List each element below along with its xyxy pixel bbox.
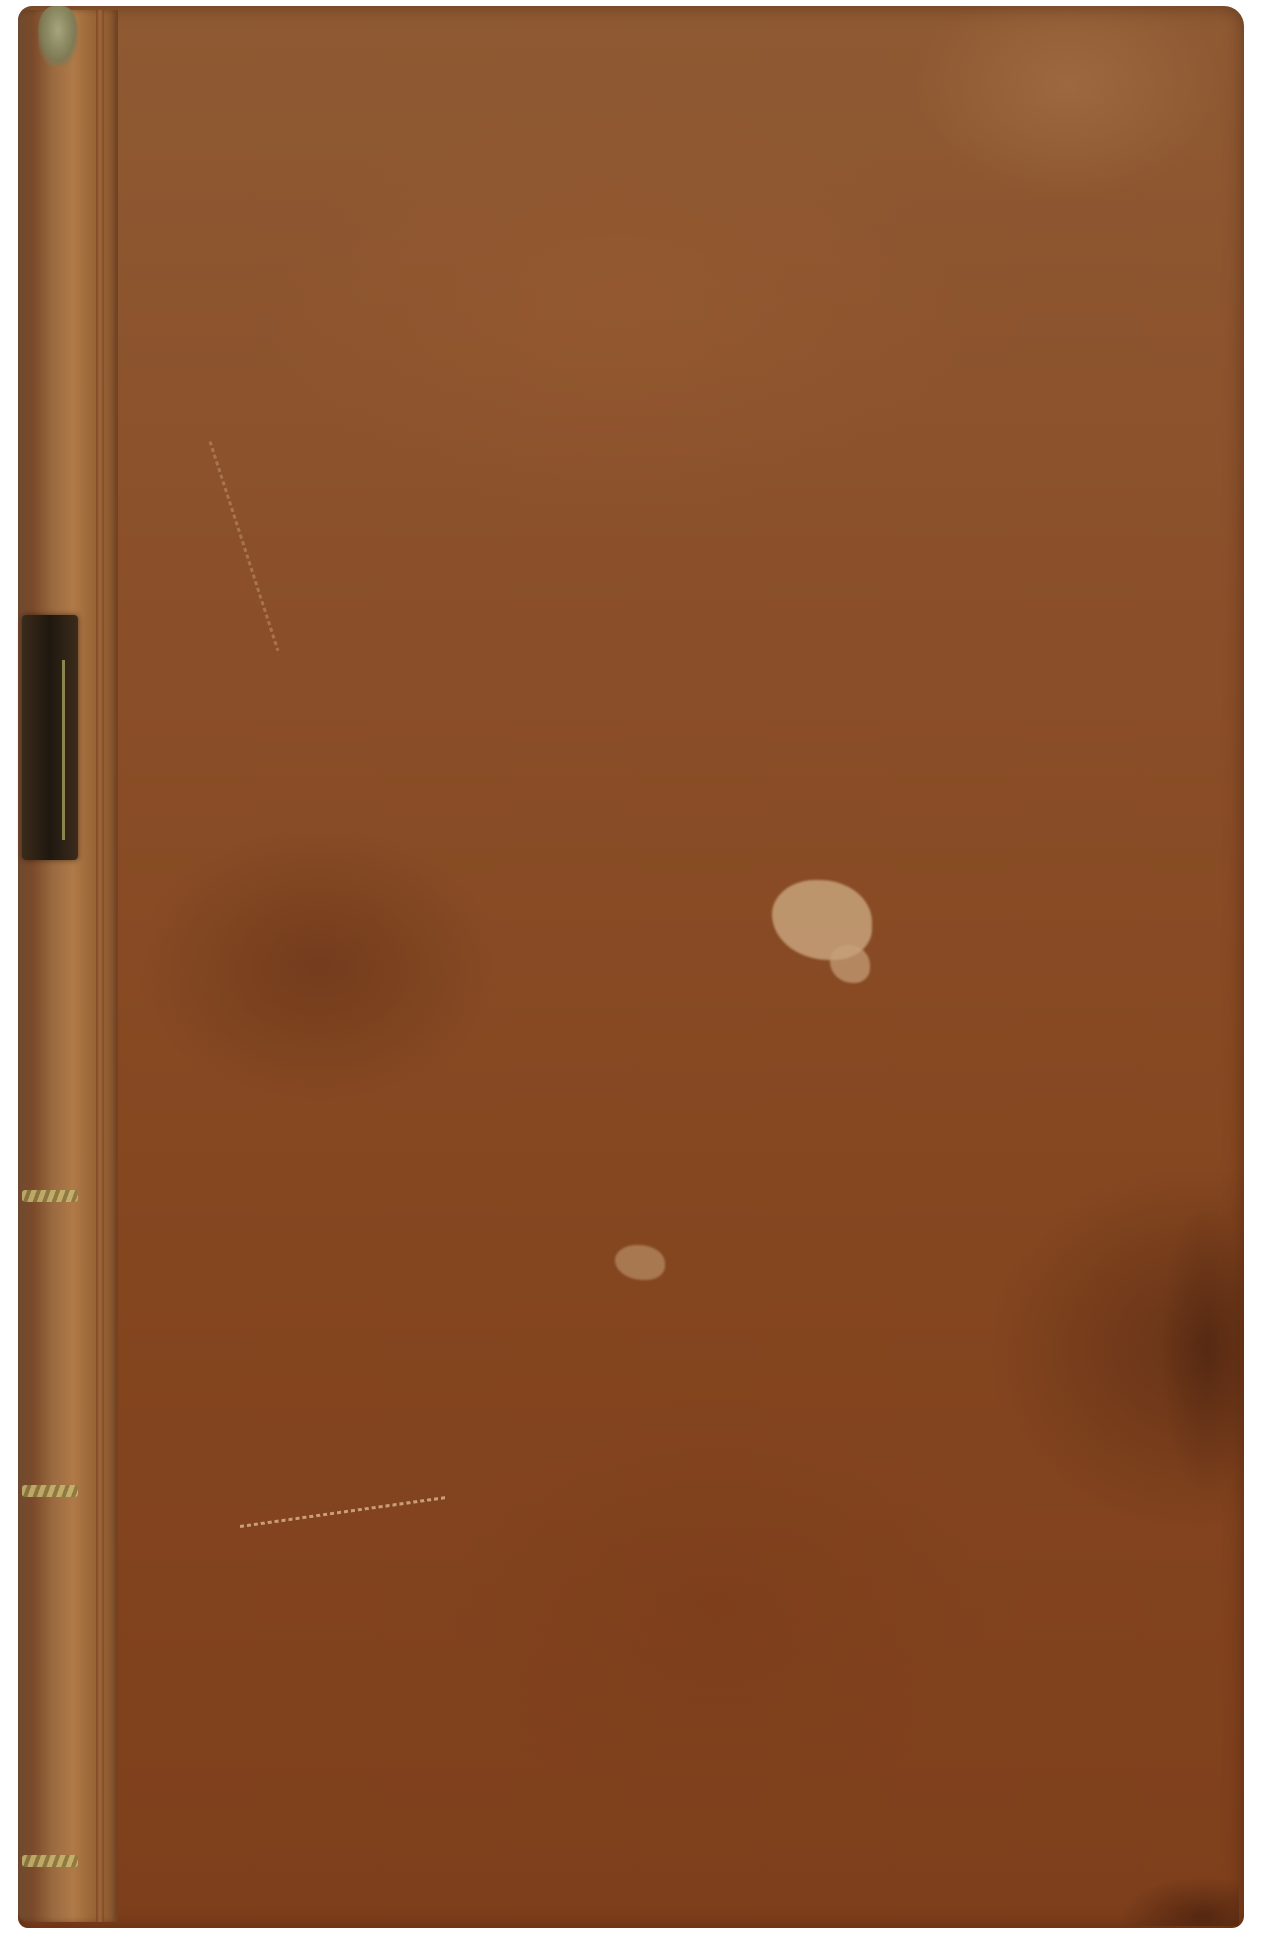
spine-label-gilt-line xyxy=(62,660,65,840)
front-cover xyxy=(18,6,1244,1928)
worn-headcap xyxy=(38,6,78,66)
gilt-band xyxy=(22,1190,78,1202)
gilt-band xyxy=(22,1855,78,1867)
worn-corner xyxy=(1119,1876,1239,1926)
spine-label xyxy=(22,615,78,860)
hinge-groove xyxy=(96,10,104,1922)
dark-stain xyxy=(1160,1200,1240,1500)
gilt-band xyxy=(22,1485,78,1497)
